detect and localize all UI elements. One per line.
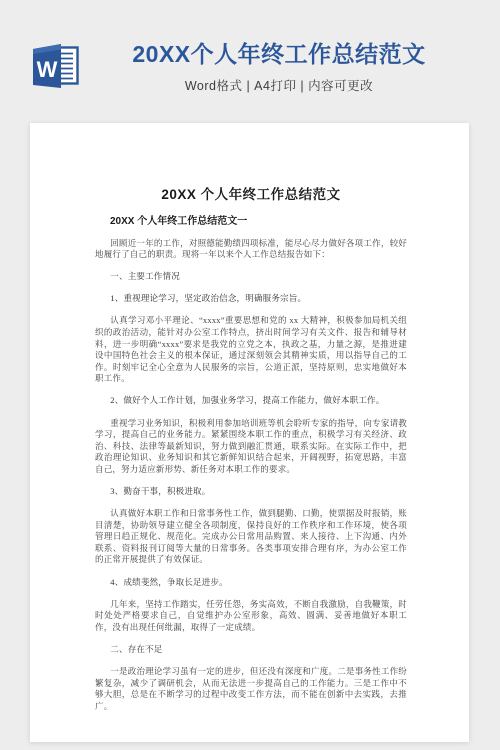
template-format-info: Word格式 | A4打印 | 内容可更改 [80, 76, 478, 94]
word-logo-icon: W [30, 42, 80, 88]
doc-paragraph: 重视学习业务知识，积极利用参加培训班等机会聆听专家的指导，向专家请教学习，提高自… [95, 418, 407, 476]
word-icon-letter: W [37, 57, 58, 82]
doc-section-heading: 一、主要工作情况 [95, 271, 407, 283]
doc-subheading: 3、勤奋干事，积极进取。 [95, 486, 407, 498]
template-preview-page: W 20XX个人年终工作总结范文 Word格式 | A4打印 | 内容可更改 2… [0, 0, 500, 750]
doc-heading: 20XX 个人年终工作总结范文一 [95, 212, 407, 227]
doc-section-heading: 二、存在不足 [95, 644, 407, 656]
doc-subheading: 2、做好个人工作计划，加强业务学习，提高工作能力，做好本职工作。 [95, 395, 407, 407]
header-text: 20XX个人年终工作总结范文 Word格式 | A4打印 | 内容可更改 [80, 36, 478, 94]
document-page: 20XX 个人年终工作总结范文 20XX 个人年终工作总结范文一 回顾近一年的工… [30, 123, 469, 742]
doc-body: 回顾近一年的工作，对照德能勤绩四项标准，能尽心尽力做好各项工作，较好地履行了自己… [95, 238, 407, 713]
doc-paragraph: 认真学习邓小平理论、“xxxx”重要思想和党的 xx 大精神，积极参加局机关组织… [95, 315, 407, 385]
doc-title: 20XX 个人年终工作总结范文 [95, 183, 407, 203]
doc-paragraph: 回顾近一年的工作，对照德能勤绩四项标准，能尽心尽力做好各项工作，较好地履行了自己… [95, 238, 407, 261]
doc-subheading: 4、成绩斐然，争取长足进步。 [95, 577, 407, 589]
doc-paragraph: 认真做好本职工作和日常事务性工作，做到腿勤、口勤，使票据及时报销，账目清楚，协助… [95, 508, 407, 566]
doc-paragraph: 几年来，坚持工作踏实，任劳任怨，务实高效，不断自我激励，自我鞭策，时时处处严格要… [95, 599, 407, 634]
header: W 20XX个人年终工作总结范文 Word格式 | A4打印 | 内容可更改 [0, 0, 500, 123]
template-title: 20XX个人年终工作总结范文 [80, 36, 478, 69]
doc-paragraph: 一是政治理论学习虽有一定的进步，但还没有深度和广度。二是事务性工作纷繁复杂，减少… [95, 666, 407, 712]
doc-subheading: 1、重视理论学习，坚定政治信念，明确服务宗旨。 [95, 293, 407, 305]
